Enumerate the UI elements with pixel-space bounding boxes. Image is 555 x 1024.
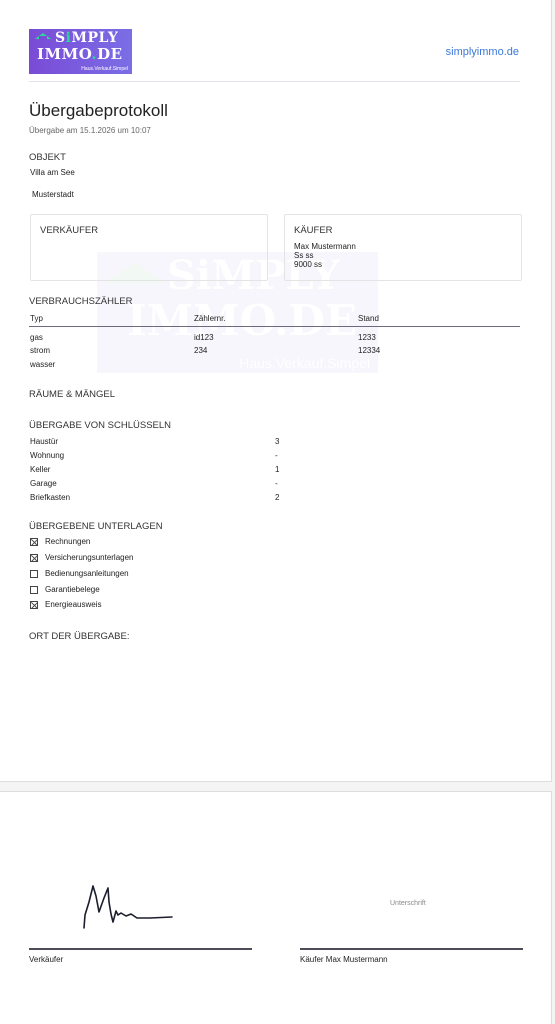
buyer-signature-label: Käufer Max Mustermann bbox=[300, 955, 388, 964]
buyer-signature-placeholder[interactable]: Unterschrift bbox=[390, 900, 426, 907]
buyer-signature-line bbox=[300, 948, 523, 950]
seller-signature-label: Verkäufer bbox=[29, 955, 63, 964]
seller-signature-icon bbox=[0, 0, 555, 1024]
seller-signature-line bbox=[29, 948, 252, 950]
